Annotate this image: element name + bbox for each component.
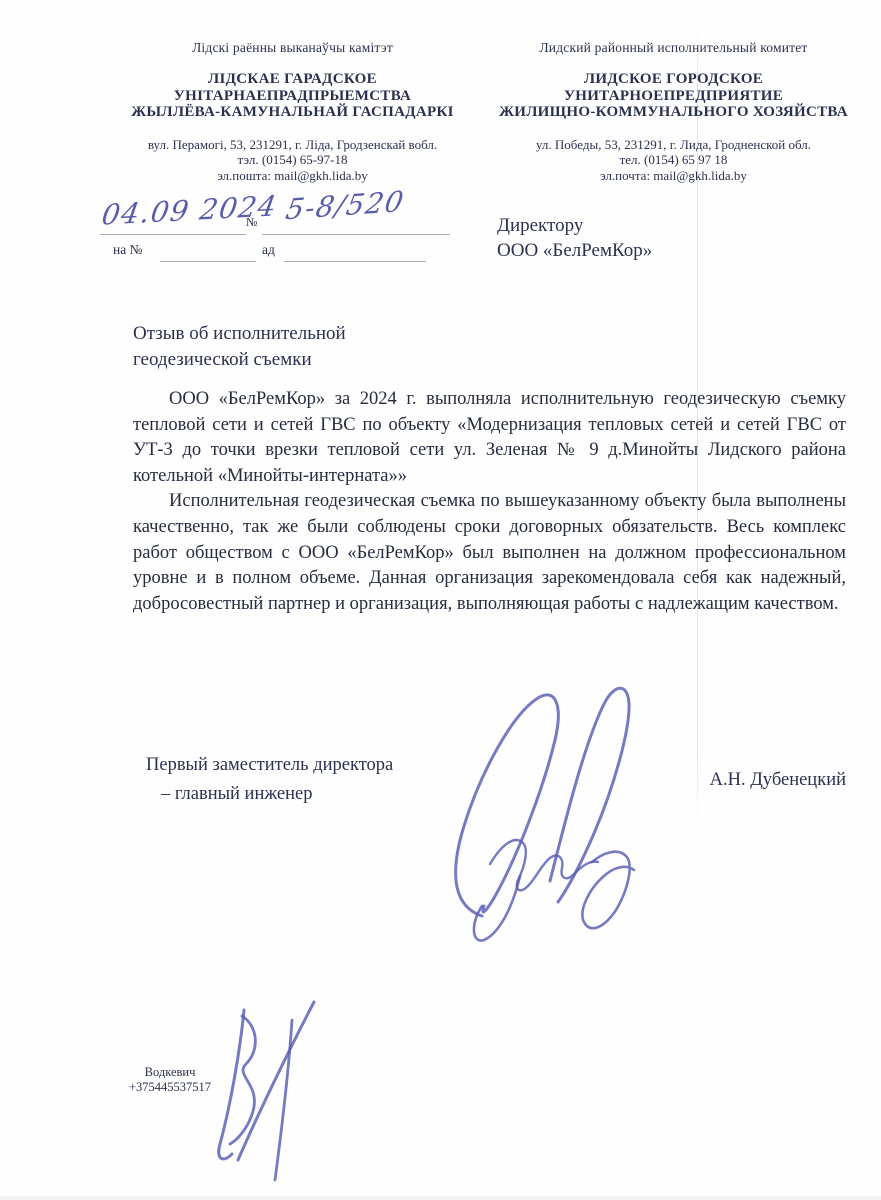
subject-line2: геодезической съемки bbox=[133, 347, 346, 373]
addressee-block: Директору ООО «БелРемКор» bbox=[497, 213, 652, 263]
org-contacts-right: ул. Победы, 53, 231291, г. Лида, Гроднен… bbox=[477, 137, 870, 184]
letter-page: Лідскі раённы выканаўчы камітэт ЛІДСКАЕ … bbox=[0, 0, 881, 1200]
org-name-left: ЛІДСКАЕ ГАРАДСКОЕ УНІТАРНАЕПРАДПРЫЕМСТВА… bbox=[95, 71, 490, 121]
org-name-right-line2: УНИТАРНОЕПРЕДПРИЯТИЕ bbox=[477, 88, 870, 105]
scan-bottom-edge bbox=[0, 1196, 881, 1200]
org-contacts-left: вул. Перамогі, 53, 231291, г. Ліда, Грод… bbox=[95, 137, 490, 184]
number-field-line bbox=[262, 233, 450, 235]
org-phone-right: тел. (0154) 65 97 18 bbox=[477, 152, 870, 168]
signer-position-line2: – главный инженер bbox=[146, 780, 393, 809]
reply-to-number-label: на № bbox=[113, 242, 142, 258]
org-email-right: эл.почта: mail@gkh.lida.by bbox=[477, 168, 870, 184]
addressee-company: ООО «БелРемКор» bbox=[497, 238, 652, 263]
director-signature-image bbox=[432, 666, 670, 944]
number-sign-label: № bbox=[246, 215, 257, 230]
org-phone-left: тэл. (0154) 65-97-18 bbox=[95, 152, 490, 168]
org-name-left-line3: ЖЫЛЛЁВА-КАМУНАЛЬНАЙ ГАСПАДАРКІ bbox=[95, 104, 490, 121]
reply-date-field-line bbox=[284, 260, 426, 262]
org-address-left: вул. Перамогі, 53, 231291, г. Ліда, Грод… bbox=[95, 137, 490, 153]
addressee-title: Директору bbox=[497, 213, 652, 238]
org-address-right: ул. Победы, 53, 231291, г. Лида, Гроднен… bbox=[477, 137, 870, 153]
executor-signature-image bbox=[196, 992, 336, 1190]
org-name-left-line1: ЛІДСКАЕ ГАРАДСКОЕ bbox=[95, 71, 490, 88]
org-name-right: ЛИДСКОЕ ГОРОДСКОЕ УНИТАРНОЕПРЕДПРИЯТИЕ Ж… bbox=[477, 71, 870, 121]
reply-date-label: ад bbox=[262, 242, 275, 258]
signer-position-line1: Первый заместитель директора bbox=[146, 751, 393, 780]
letterhead-left: Лідскі раённы выканаўчы камітэт ЛІДСКАЕ … bbox=[95, 40, 490, 183]
org-name-left-line2: УНІТАРНАЕПРАДПРЫЕМСТВА bbox=[95, 88, 490, 105]
letterhead-right: Лидский районный исполнительный комитет … bbox=[477, 40, 870, 183]
subject-line1: Отзыв об исполнительной bbox=[133, 321, 346, 347]
parent-org-left: Лідскі раённы выканаўчы камітэт bbox=[95, 40, 490, 56]
handwritten-outgoing-number: 5-8/520 bbox=[283, 185, 407, 227]
org-name-right-line3: ЖИЛИЩНО-КОММУНАЛЬНОГО ХОЗЯЙСТВА bbox=[477, 104, 870, 121]
body-paragraph-1: ООО «БелРемКор» за 2024 г. выполняла исп… bbox=[133, 387, 846, 489]
org-email-left: эл.пошта: mail@gkh.lida.by bbox=[95, 168, 490, 184]
org-name-right-line1: ЛИДСКОЕ ГОРОДСКОЕ bbox=[477, 71, 870, 88]
reply-number-field-line bbox=[160, 260, 256, 262]
signer-position: Первый заместитель директора – главный и… bbox=[146, 751, 393, 809]
signer-name: А.Н. Дубенецкий bbox=[680, 770, 846, 791]
parent-org-right: Лидский районный исполнительный комитет bbox=[477, 40, 870, 56]
body-paragraph-2: Исполнительная геодезическая съемка по в… bbox=[133, 489, 846, 617]
letter-body: ООО «БелРемКор» за 2024 г. выполняла исп… bbox=[133, 387, 846, 617]
subject-block: Отзыв об исполнительной геодезической съ… bbox=[133, 321, 346, 372]
date-field-line bbox=[100, 233, 246, 235]
